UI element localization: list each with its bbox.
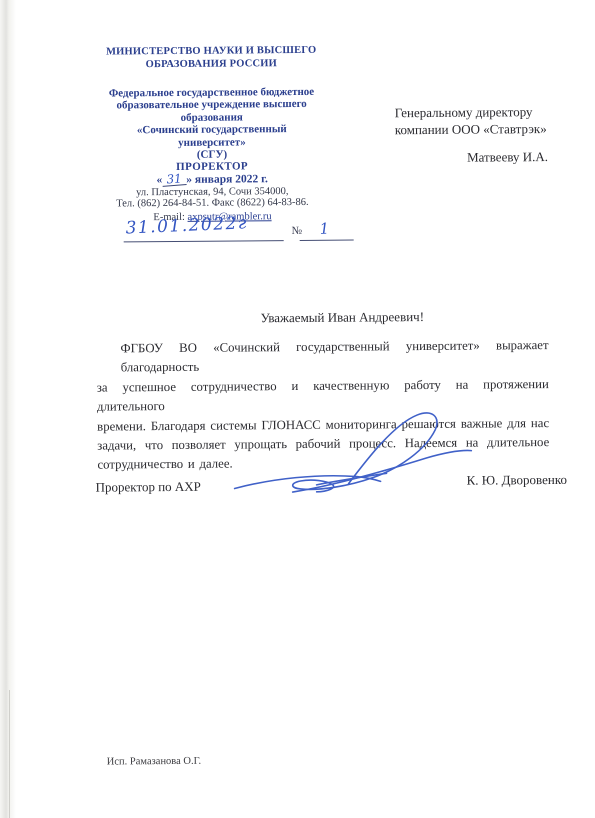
ministry-name-line2: ОБРАЗОВАНИЯ РОССИИ	[52, 56, 370, 71]
recipient-name: Матвееву И.А.	[467, 149, 575, 166]
handwritten-outgoing-number: 1	[319, 220, 330, 239]
recipient-block: Генеральному директору компании ООО «Ста…	[395, 104, 575, 167]
date-rest: » января 2022 г.	[186, 174, 268, 187]
handwritten-day: 31	[162, 173, 187, 187]
recipient-title-line2: компании ООО «Ставтрэк»	[395, 120, 575, 138]
organization-name: Федеральное государственное бюджетное об…	[52, 85, 371, 162]
scanned-letter: МИНИСТЕРСТВО НАУКИ И ВЫСШЕГО ОБРАЗОВАНИЯ…	[0, 0, 595, 818]
signer-name: К. Ю. Дворовенко	[467, 472, 568, 489]
letterhead: МИНИСТЕРСТВО НАУКИ И ВЫСШЕГО ОБРАЗОВАНИЯ…	[52, 43, 371, 225]
salutation: Уважаемый Иван Андреевич!	[116, 308, 568, 328]
body-line: ФГБОУ ВО «Сочинский государственный унив…	[96, 336, 548, 378]
handwritten-signature	[228, 411, 479, 505]
number-blank-line	[300, 240, 354, 241]
number-sign: №	[292, 225, 303, 237]
recipient-title-line1: Генеральному директору	[395, 104, 575, 122]
handwritten-registration-date: 31.01.2022г	[125, 213, 248, 238]
registration-line: № 31.01.2022г 1	[124, 217, 364, 249]
signer-position: Проректор по АХР	[96, 479, 201, 496]
org-phone-fax: Тел. (862) 264-84-51. Факс (8622) 64-83-…	[53, 197, 371, 210]
letter-content: МИНИСТЕРСТВО НАУКИ И ВЫСШЕГО ОБРАЗОВАНИЯ…	[0, 0, 595, 818]
executor-note: Исп. Рамазанова О.Г.	[107, 756, 201, 768]
date-blank-line	[124, 240, 284, 242]
